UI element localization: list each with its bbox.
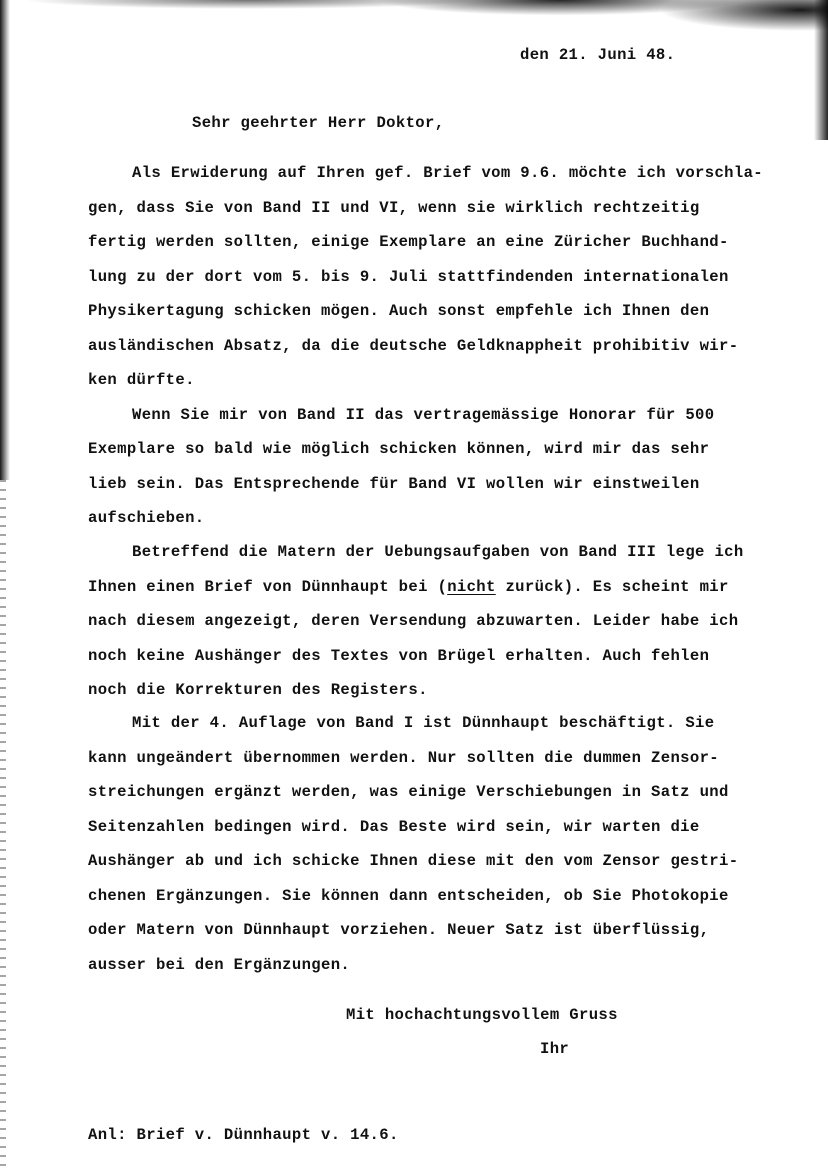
text-line: noch keine Aushänger des Textes von Brüg… [88, 647, 709, 665]
text-line: ken dürfte. [88, 371, 195, 389]
text-segment: zurück). Es scheint mir [496, 578, 729, 596]
text-line: Mit der 4. Auflage von Band I ist Dünnha… [132, 714, 714, 732]
text-line: Wenn Sie mir von Band II das vertragemäs… [132, 406, 714, 424]
text-line: gen, dass Sie von Band II und VI, wenn s… [88, 199, 700, 217]
text-line: aufschieben. [88, 509, 205, 527]
text-line: Aushänger ab und ich schicke Ihnen diese… [88, 852, 738, 870]
text-line: Seitenzahlen bedingen wird. Das Beste wi… [88, 818, 700, 836]
text-line: Als Erwiderung auf Ihren gef. Brief vom … [132, 164, 763, 182]
salutation: Sehr geehrter Herr Doktor, [192, 114, 444, 132]
text-line: lung zu der dort vom 5. bis 9. Juli stat… [88, 268, 729, 286]
text-line: noch die Korrekturen des Registers. [88, 681, 428, 699]
scan-shadow-left [0, 0, 10, 480]
text-line: Exemplare so bald wie möglich schicken k… [88, 440, 709, 458]
text-line: fertig werden sollten, einige Exemplare … [88, 233, 729, 251]
text-line: ausländischen Absatz, da die deutsche Ge… [88, 337, 738, 355]
text-line: nach diesem angezeigt, deren Versendung … [88, 612, 738, 630]
text-line: ausser bei den Ergänzungen. [88, 956, 350, 974]
text-line: Betreffend die Matern der Uebungsaufgabe… [132, 543, 744, 561]
underlined-word: nicht [447, 578, 496, 596]
scan-noise-left [0, 480, 6, 1169]
signature: Ihr [540, 1040, 569, 1058]
text-line: lieb sein. Das Entsprechende für Band VI… [88, 475, 700, 493]
text-line: oder Matern von Dünnhaupt vorziehen. Neu… [88, 921, 709, 939]
text-line: streichungen ergänzt werden, was einige … [88, 783, 729, 801]
scan-shadow-right [814, 0, 828, 140]
letter-page: den 21. Juni 48. Sehr geehrter Herr Dokt… [0, 0, 828, 1169]
closing: Mit hochachtungsvollem Gruss [346, 1006, 618, 1024]
text-line: chenen Ergänzungen. Sie können dann ents… [88, 887, 729, 905]
enclosure-note: Anl: Brief v. Dünnhaupt v. 14.6. [88, 1126, 399, 1144]
letter-date: den 21. Juni 48. [520, 46, 675, 64]
text-line: Ihnen einen Brief von Dünnhaupt bei (nic… [88, 578, 729, 596]
text-line: Physikertagung schicken mögen. Auch sons… [88, 302, 709, 320]
scan-shadow-top [0, 0, 828, 40]
text-line: kann ungeändert übernommen werden. Nur s… [88, 749, 719, 767]
text-segment: Ihnen einen Brief von Dünnhaupt bei ( [88, 578, 447, 596]
